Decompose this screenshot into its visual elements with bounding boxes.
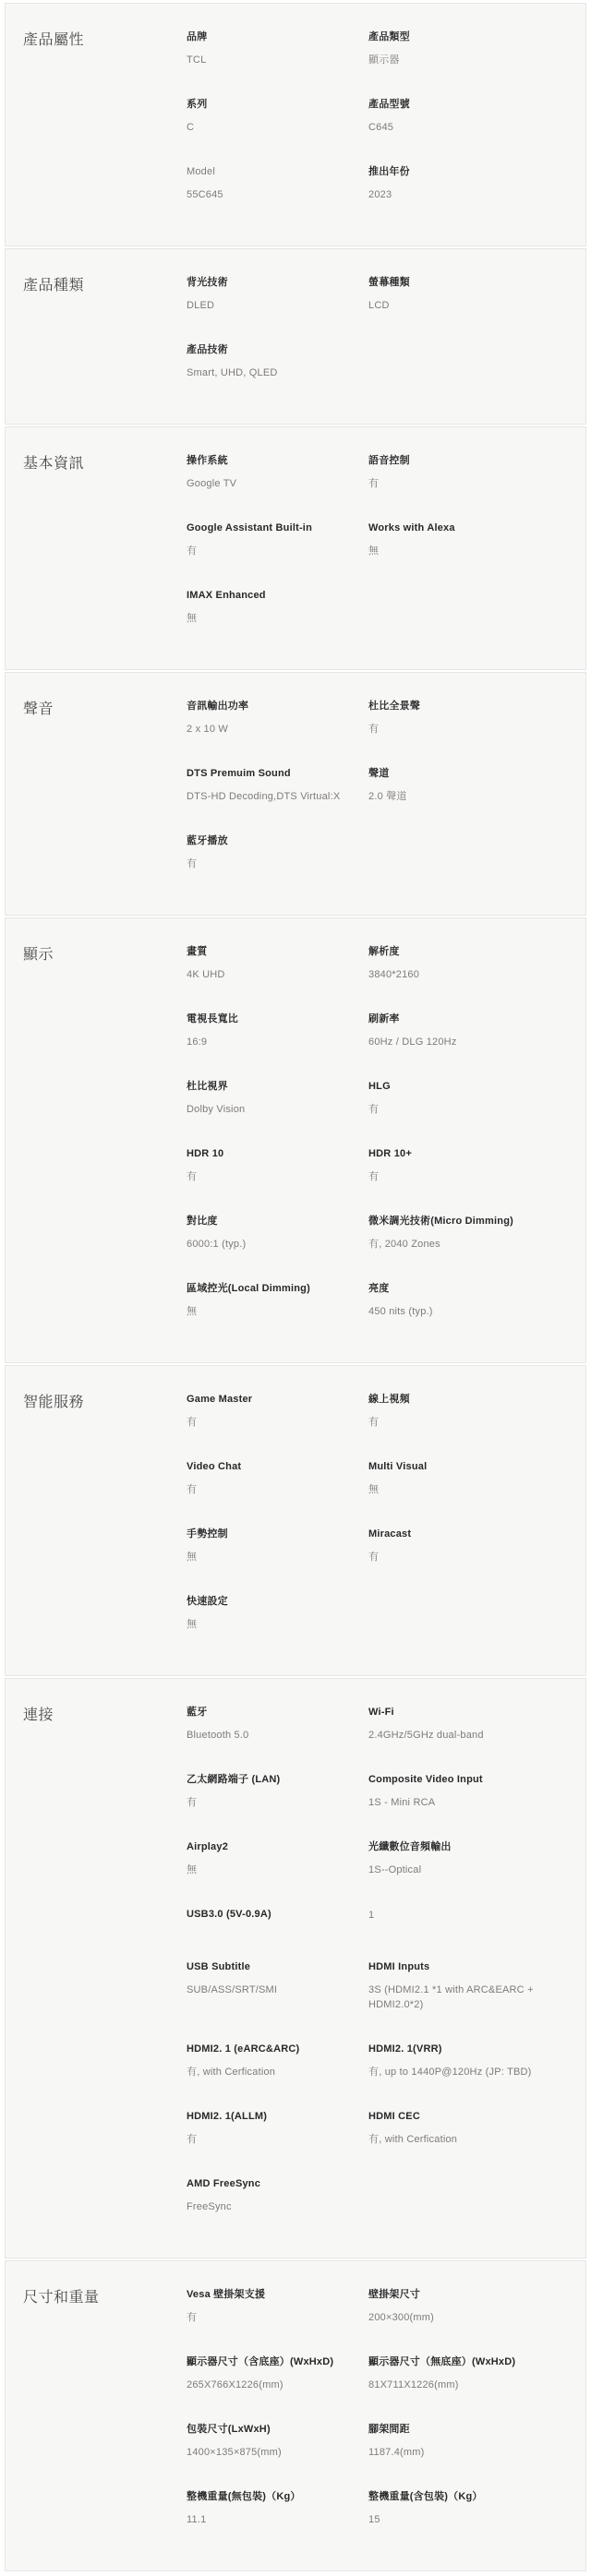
spec-pair: HDMI CEC有, with Cerfication [368,2110,585,2147]
spec-pair: AMD FreeSyncFreeSync [187,2177,368,2214]
spec-pair: 1 [368,1908,585,1930]
spec-pair: Vesa 壁掛架支援有 [187,2288,368,2325]
spec-row: Google Assistant Built-in有Works with Ale… [187,521,585,558]
spec-label: 杜比視界 [187,1080,354,1093]
spec-pair: 背光技術DLED [187,276,368,313]
spec-pair: 乙太網路端子 (LAN)有 [187,1773,368,1810]
section-title: 顯示 [6,918,187,1362]
spec-row: 藍牙播放有 [187,834,585,871]
spec-label: Game Master [187,1393,354,1406]
spec-label: HDR 10+ [368,1147,554,1160]
spec-value: 無 [187,1550,354,1564]
spec-row: 品牌TCL產品類型顯示器 [187,30,585,67]
spec-value: FreeSync [187,2199,354,2214]
spec-label: HDR 10 [187,1147,354,1160]
spec-value: DTS-HD Decoding,DTS Virtual:X [187,789,354,804]
spec-pair [368,2177,585,2214]
spec-pair: 亮度450 nits (typ.) [368,1282,585,1319]
spec-pair: 顯示器尺寸（無底座）(WxHxD)81X711X1226(mm) [368,2355,585,2392]
spec-row: DTS Premuim SoundDTS-HD Decoding,DTS Vir… [187,767,585,804]
spec-pair: HDMI2. 1 (eARC&ARC)有, with Cerfication [187,2043,368,2079]
spec-row: 區域控光(Local Dimming)無亮度450 nits (typ.) [187,1282,585,1319]
spec-label: Composite Video Input [368,1773,554,1786]
spec-label: 杜比全景聲 [368,700,554,713]
spec-pair [368,1595,585,1632]
spec-row: 電視長寬比16:9刷新率60Hz / DLG 120Hz [187,1012,585,1049]
spec-label: HDMI CEC [368,2110,554,2123]
spec-row: 對比度6000:1 (typ.)微米調光技術(Micro Dimming)有, … [187,1215,585,1252]
spec-value: 顯示器 [368,53,554,67]
spec-label: AMD FreeSync [187,2177,354,2190]
spec-label: 背光技術 [187,276,354,289]
spec-section: 基本資訊操作系統Google TV語音控制有Google Assistant B… [5,426,586,670]
spec-label: Video Chat [187,1460,354,1473]
spec-row: 背光技術DLED螢幕種類LCD [187,276,585,313]
spec-value: 11.1 [187,2512,354,2527]
spec-row: 乙太網路端子 (LAN)有Composite Video Input1S - M… [187,1773,585,1810]
spec-label: HDMI Inputs [368,1960,554,1973]
spec-label: 快速設定 [187,1595,354,1608]
spec-value: 2023 [368,187,554,202]
spec-label: Airplay2 [187,1840,354,1853]
spec-row: AMD FreeSyncFreeSync [187,2177,585,2214]
spec-value: 有 [368,476,554,491]
spec-pair: 音訊輸出功率2 x 10 W [187,700,368,737]
spec-pair: 腳架間距1187.4(mm) [368,2423,585,2460]
spec-pair: HDMI2. 1(ALLM)有 [187,2110,368,2147]
spec-value: 有 [368,722,554,737]
spec-pair: 整機重量(含包裝)（Kg）15 [368,2490,585,2527]
spec-row: 產品技術Smart, UHD, QLED [187,343,585,380]
spec-label: 刷新率 [368,1012,554,1025]
spec-label: Vesa 壁掛架支援 [187,2288,354,2301]
spec-label: 電視長寬比 [187,1012,354,1025]
spec-value: C645 [368,120,554,135]
spec-value: 有, 2040 Zones [368,1237,554,1252]
spec-row: Airplay2無光纖數位音頻輸出1S--Optical [187,1840,585,1877]
spec-pair: Airplay2無 [187,1840,368,1877]
section-title: 尺寸和重量 [6,2261,187,2570]
spec-value: 無 [368,544,554,558]
spec-pair: 藍牙播放有 [187,834,368,871]
spec-pair: 語音控制有 [368,454,585,491]
spec-pair: Google Assistant Built-in有 [187,521,368,558]
spec-pair: 包裝尺寸(LxWxH)1400×135×875(mm) [187,2423,368,2460]
spec-row: HDR 10有HDR 10+有 [187,1147,585,1184]
spec-row: USB3.0 (5V-0.9A)1 [187,1908,585,1930]
spec-section: 尺寸和重量Vesa 壁掛架支援有壁掛架尺寸200×300(mm)顯示器尺寸（含底… [5,2260,586,2571]
spec-row: 藍牙Bluetooth 5.0Wi-Fi2.4GHz/5GHz dual-ban… [187,1706,585,1743]
spec-row: 音訊輸出功率2 x 10 W杜比全景聲有 [187,700,585,737]
section-body: 操作系統Google TV語音控制有Google Assistant Built… [187,427,585,669]
spec-label: 亮度 [368,1282,554,1295]
spec-value: 有 [187,1169,354,1184]
spec-value: 16:9 [187,1035,354,1049]
spec-value: 1400×135×875(mm) [187,2445,354,2460]
spec-value: 有 [368,1102,554,1117]
spec-pair: Video Chat有 [187,1460,368,1497]
section-title: 智能服務 [6,1366,187,1675]
spec-pair: 杜比全景聲有 [368,700,585,737]
spec-value: 有, up to 1440P@120Hz (JP: TBD) [368,2065,554,2079]
section-body: 音訊輸出功率2 x 10 W杜比全景聲有DTS Premuim SoundDTS… [187,673,585,915]
spec-pair: 手勢控制無 [187,1528,368,1564]
spec-pair: Miracast有 [368,1528,585,1564]
section-body: 品牌TCL產品類型顯示器系列C產品型號C645Model55C645推出年份20… [187,4,585,246]
spec-pair: Wi-Fi2.4GHz/5GHz dual-band [368,1706,585,1743]
spec-label: 音訊輸出功率 [187,700,354,713]
spec-label: USB3.0 (5V-0.9A) [187,1908,354,1921]
spec-row: Video Chat有Multi Visual無 [187,1460,585,1497]
spec-label: 推出年份 [368,165,554,178]
spec-label: 顯示器尺寸（含底座）(WxHxD) [187,2355,354,2368]
spec-row: IMAX Enhanced無 [187,589,585,626]
spec-pair [368,589,585,626]
spec-pair: 系列C [187,98,368,135]
spec-pair [368,343,585,380]
spec-label: Miracast [368,1528,554,1540]
spec-value: 265X766X1226(mm) [187,2378,354,2392]
spec-pair: 聲道2.0 聲道 [368,767,585,804]
spec-value: 有, with Cerfication [368,2132,554,2147]
spec-label: 光纖數位音頻輸出 [368,1840,554,1853]
spec-pair: Works with Alexa無 [368,521,585,558]
section-body: 背光技術DLED螢幕種類LCD產品技術Smart, UHD, QLED [187,249,585,424]
spec-pair: 線上視頻有 [368,1393,585,1430]
spec-value: TCL [187,53,354,67]
spec-section: 智能服務Game Master有線上視頻有Video Chat有Multi Vi… [5,1365,586,1676]
spec-label: USB Subtitle [187,1960,354,1973]
spec-pair: 推出年份2023 [368,165,585,202]
spec-value: 有 [368,1415,554,1430]
spec-value: 無 [187,1617,354,1632]
spec-pair: 刷新率60Hz / DLG 120Hz [368,1012,585,1049]
spec-value: 無 [187,1863,354,1877]
spec-label: 腳架間距 [368,2423,554,2436]
spec-value: 3840*2160 [368,967,554,982]
spec-label: 對比度 [187,1215,354,1228]
spec-pair: 顯示器尺寸（含底座）(WxHxD)265X766X1226(mm) [187,2355,368,2392]
spec-pair: 電視長寬比16:9 [187,1012,368,1049]
spec-value: 4K UHD [187,967,354,982]
spec-row: 系列C產品型號C645 [187,98,585,135]
spec-pair: 藍牙Bluetooth 5.0 [187,1706,368,1743]
spec-pair: 品牌TCL [187,30,368,67]
spec-value: 有 [187,857,354,871]
spec-pair: 壁掛架尺寸200×300(mm) [368,2288,585,2325]
spec-pair: Composite Video Input1S - Mini RCA [368,1773,585,1810]
spec-section: 連接藍牙Bluetooth 5.0Wi-Fi2.4GHz/5GHz dual-b… [5,1678,586,2258]
spec-label: 產品類型 [368,30,554,43]
spec-pair: 快速設定無 [187,1595,368,1632]
spec-label: 聲道 [368,767,554,780]
spec-page: 產品屬性品牌TCL產品類型顯示器系列C產品型號C645Model55C645推出… [0,0,591,2576]
spec-row: USB SubtitleSUB/ASS/SRT/SMIHDMI Inputs3S… [187,1960,585,2012]
spec-value: Bluetooth 5.0 [187,1728,354,1743]
spec-row: 快速設定無 [187,1595,585,1632]
spec-value: DLED [187,298,354,313]
spec-label: Works with Alexa [368,521,554,534]
spec-label: 線上視頻 [368,1393,554,1406]
spec-pair: 解析度3840*2160 [368,945,585,982]
spec-label: 顯示器尺寸（無底座）(WxHxD) [368,2355,554,2368]
section-title: 產品屬性 [6,4,187,246]
spec-value: 450 nits (typ.) [368,1304,554,1319]
spec-value: 有 [368,1550,554,1564]
spec-pair: 微米調光技術(Micro Dimming)有, 2040 Zones [368,1215,585,1252]
spec-value: 55C645 [187,187,354,202]
section-body: Game Master有線上視頻有Video Chat有Multi Visual… [187,1366,585,1675]
spec-label: 藍牙 [187,1706,354,1719]
spec-section: 聲音音訊輸出功率2 x 10 W杜比全景聲有DTS Premuim SoundD… [5,672,586,916]
spec-pair: 螢幕種類LCD [368,276,585,313]
spec-label: 語音控制 [368,454,554,467]
section-title: 聲音 [6,673,187,915]
spec-value: 15 [368,2512,554,2527]
spec-value: 有 [187,2310,354,2325]
spec-pair: USB SubtitleSUB/ASS/SRT/SMI [187,1960,368,2012]
spec-value: 1 [368,1908,554,1923]
spec-value: 81X711X1226(mm) [368,2378,554,2392]
spec-value: Smart, UHD, QLED [187,365,354,380]
spec-pair: HDMI Inputs3S (HDMI2.1 *1 with ARC&EARC … [368,1960,585,2012]
spec-label: 品牌 [187,30,354,43]
spec-row: HDMI2. 1 (eARC&ARC)有, with CerficationHD… [187,2043,585,2079]
spec-row: 整機重量(無包裝)（Kg）11.1整機重量(含包裝)（Kg）15 [187,2490,585,2527]
spec-pair: Multi Visual無 [368,1460,585,1497]
spec-label: DTS Premuim Sound [187,767,354,780]
spec-pair: HLG有 [368,1080,585,1117]
spec-pair: 產品型號C645 [368,98,585,135]
spec-pair: USB3.0 (5V-0.9A) [187,1908,368,1930]
spec-label: 畫質 [187,945,354,958]
spec-row: 杜比視界Dolby VisionHLG有 [187,1080,585,1117]
spec-label: Wi-Fi [368,1706,554,1719]
section-body: 藍牙Bluetooth 5.0Wi-Fi2.4GHz/5GHz dual-ban… [187,1679,585,2258]
spec-value: 2 x 10 W [187,722,354,737]
spec-label: 產品技術 [187,343,354,356]
spec-label: 解析度 [368,945,554,958]
spec-value: 有, with Cerfication [187,2065,354,2079]
spec-label: 微米調光技術(Micro Dimming) [368,1215,554,1228]
spec-value: 2.4GHz/5GHz dual-band [368,1728,554,1743]
spec-value: 有 [187,1415,354,1430]
spec-pair: 整機重量(無包裝)（Kg）11.1 [187,2490,368,2527]
spec-label: 系列 [187,98,354,111]
spec-label: 區域控光(Local Dimming) [187,1282,354,1295]
spec-label: 手勢控制 [187,1528,354,1540]
spec-pair: 光纖數位音頻輸出1S--Optical [368,1840,585,1877]
spec-pair: 對比度6000:1 (typ.) [187,1215,368,1252]
spec-row: 畫質4K UHD解析度3840*2160 [187,945,585,982]
spec-value: 有 [368,1169,554,1184]
spec-value: 有 [187,544,354,558]
spec-pair: HDMI2. 1(VRR)有, up to 1440P@120Hz (JP: T… [368,2043,585,2079]
spec-value: 1S - Mini RCA [368,1795,554,1810]
spec-label: 藍牙播放 [187,834,354,847]
section-title: 產品種類 [6,249,187,424]
spec-pair: 產品類型顯示器 [368,30,585,67]
spec-row: 操作系統Google TV語音控制有 [187,454,585,491]
spec-row: Vesa 壁掛架支援有壁掛架尺寸200×300(mm) [187,2288,585,2325]
spec-label: HDMI2. 1(VRR) [368,2043,554,2055]
spec-row: 包裝尺寸(LxWxH)1400×135×875(mm)腳架間距1187.4(mm… [187,2423,585,2460]
spec-label: 產品型號 [368,98,554,111]
spec-row: Model55C645推出年份2023 [187,165,585,202]
spec-pair [368,834,585,871]
spec-label: 乙太網路端子 (LAN) [187,1773,354,1786]
section-title: 連接 [6,1679,187,2258]
spec-value: 1S--Optical [368,1863,554,1877]
spec-label: Model [187,165,354,178]
spec-label: HDMI2. 1(ALLM) [187,2110,354,2123]
spec-label: HLG [368,1080,554,1093]
spec-row: 顯示器尺寸（含底座）(WxHxD)265X766X1226(mm)顯示器尺寸（無… [187,2355,585,2392]
spec-value: 無 [187,611,354,626]
spec-pair: 畫質4K UHD [187,945,368,982]
spec-section: 產品種類背光技術DLED螢幕種類LCD產品技術Smart, UHD, QLED [5,248,586,425]
spec-label: 整機重量(無包裝)（Kg） [187,2490,354,2503]
spec-value: C [187,120,354,135]
spec-row: 手勢控制無Miracast有 [187,1528,585,1564]
spec-pair: 區域控光(Local Dimming)無 [187,1282,368,1319]
section-title: 基本資訊 [6,427,187,669]
spec-value: 無 [187,1304,354,1319]
spec-value: 200×300(mm) [368,2310,554,2325]
spec-value: 3S (HDMI2.1 *1 with ARC&EARC + HDMI2.0*2… [368,1983,554,2012]
spec-value: 有 [187,1482,354,1497]
spec-pair: 操作系統Google TV [187,454,368,491]
spec-value: 2.0 聲道 [368,789,554,804]
spec-label: Google Assistant Built-in [187,521,354,534]
spec-pair: DTS Premuim SoundDTS-HD Decoding,DTS Vir… [187,767,368,804]
spec-label: IMAX Enhanced [187,589,354,602]
spec-label: HDMI2. 1 (eARC&ARC) [187,2043,354,2055]
spec-label: 壁掛架尺寸 [368,2288,554,2301]
spec-value: LCD [368,298,554,313]
spec-label: 操作系統 [187,454,354,467]
spec-value: SUB/ASS/SRT/SMI [187,1983,354,1997]
section-body: 畫質4K UHD解析度3840*2160電視長寬比16:9刷新率60Hz / D… [187,918,585,1362]
spec-label: 螢幕種類 [368,276,554,289]
spec-section: 顯示畫質4K UHD解析度3840*2160電視長寬比16:9刷新率60Hz /… [5,917,586,1363]
spec-value: 無 [368,1482,554,1497]
spec-section: 產品屬性品牌TCL產品類型顯示器系列C產品型號C645Model55C645推出… [5,3,586,246]
spec-pair: IMAX Enhanced無 [187,589,368,626]
spec-value: 60Hz / DLG 120Hz [368,1035,554,1049]
spec-value: 1187.4(mm) [368,2445,554,2460]
spec-pair: HDR 10+有 [368,1147,585,1184]
spec-pair: Model55C645 [187,165,368,202]
spec-pair: Game Master有 [187,1393,368,1430]
spec-pair: 產品技術Smart, UHD, QLED [187,343,368,380]
spec-pair: HDR 10有 [187,1147,368,1184]
section-body: Vesa 壁掛架支援有壁掛架尺寸200×300(mm)顯示器尺寸（含底座）(Wx… [187,2261,585,2570]
spec-row: Game Master有線上視頻有 [187,1393,585,1430]
spec-label: Multi Visual [368,1460,554,1473]
spec-label: 包裝尺寸(LxWxH) [187,2423,354,2436]
spec-value: 有 [187,1795,354,1810]
spec-row: HDMI2. 1(ALLM)有HDMI CEC有, with Cerficati… [187,2110,585,2147]
spec-value: 有 [187,2132,354,2147]
spec-pair: 杜比視界Dolby Vision [187,1080,368,1117]
spec-label: 整機重量(含包裝)（Kg） [368,2490,554,2503]
spec-value: Google TV [187,476,354,491]
spec-value: Dolby Vision [187,1102,354,1117]
spec-value: 6000:1 (typ.) [187,1237,354,1252]
